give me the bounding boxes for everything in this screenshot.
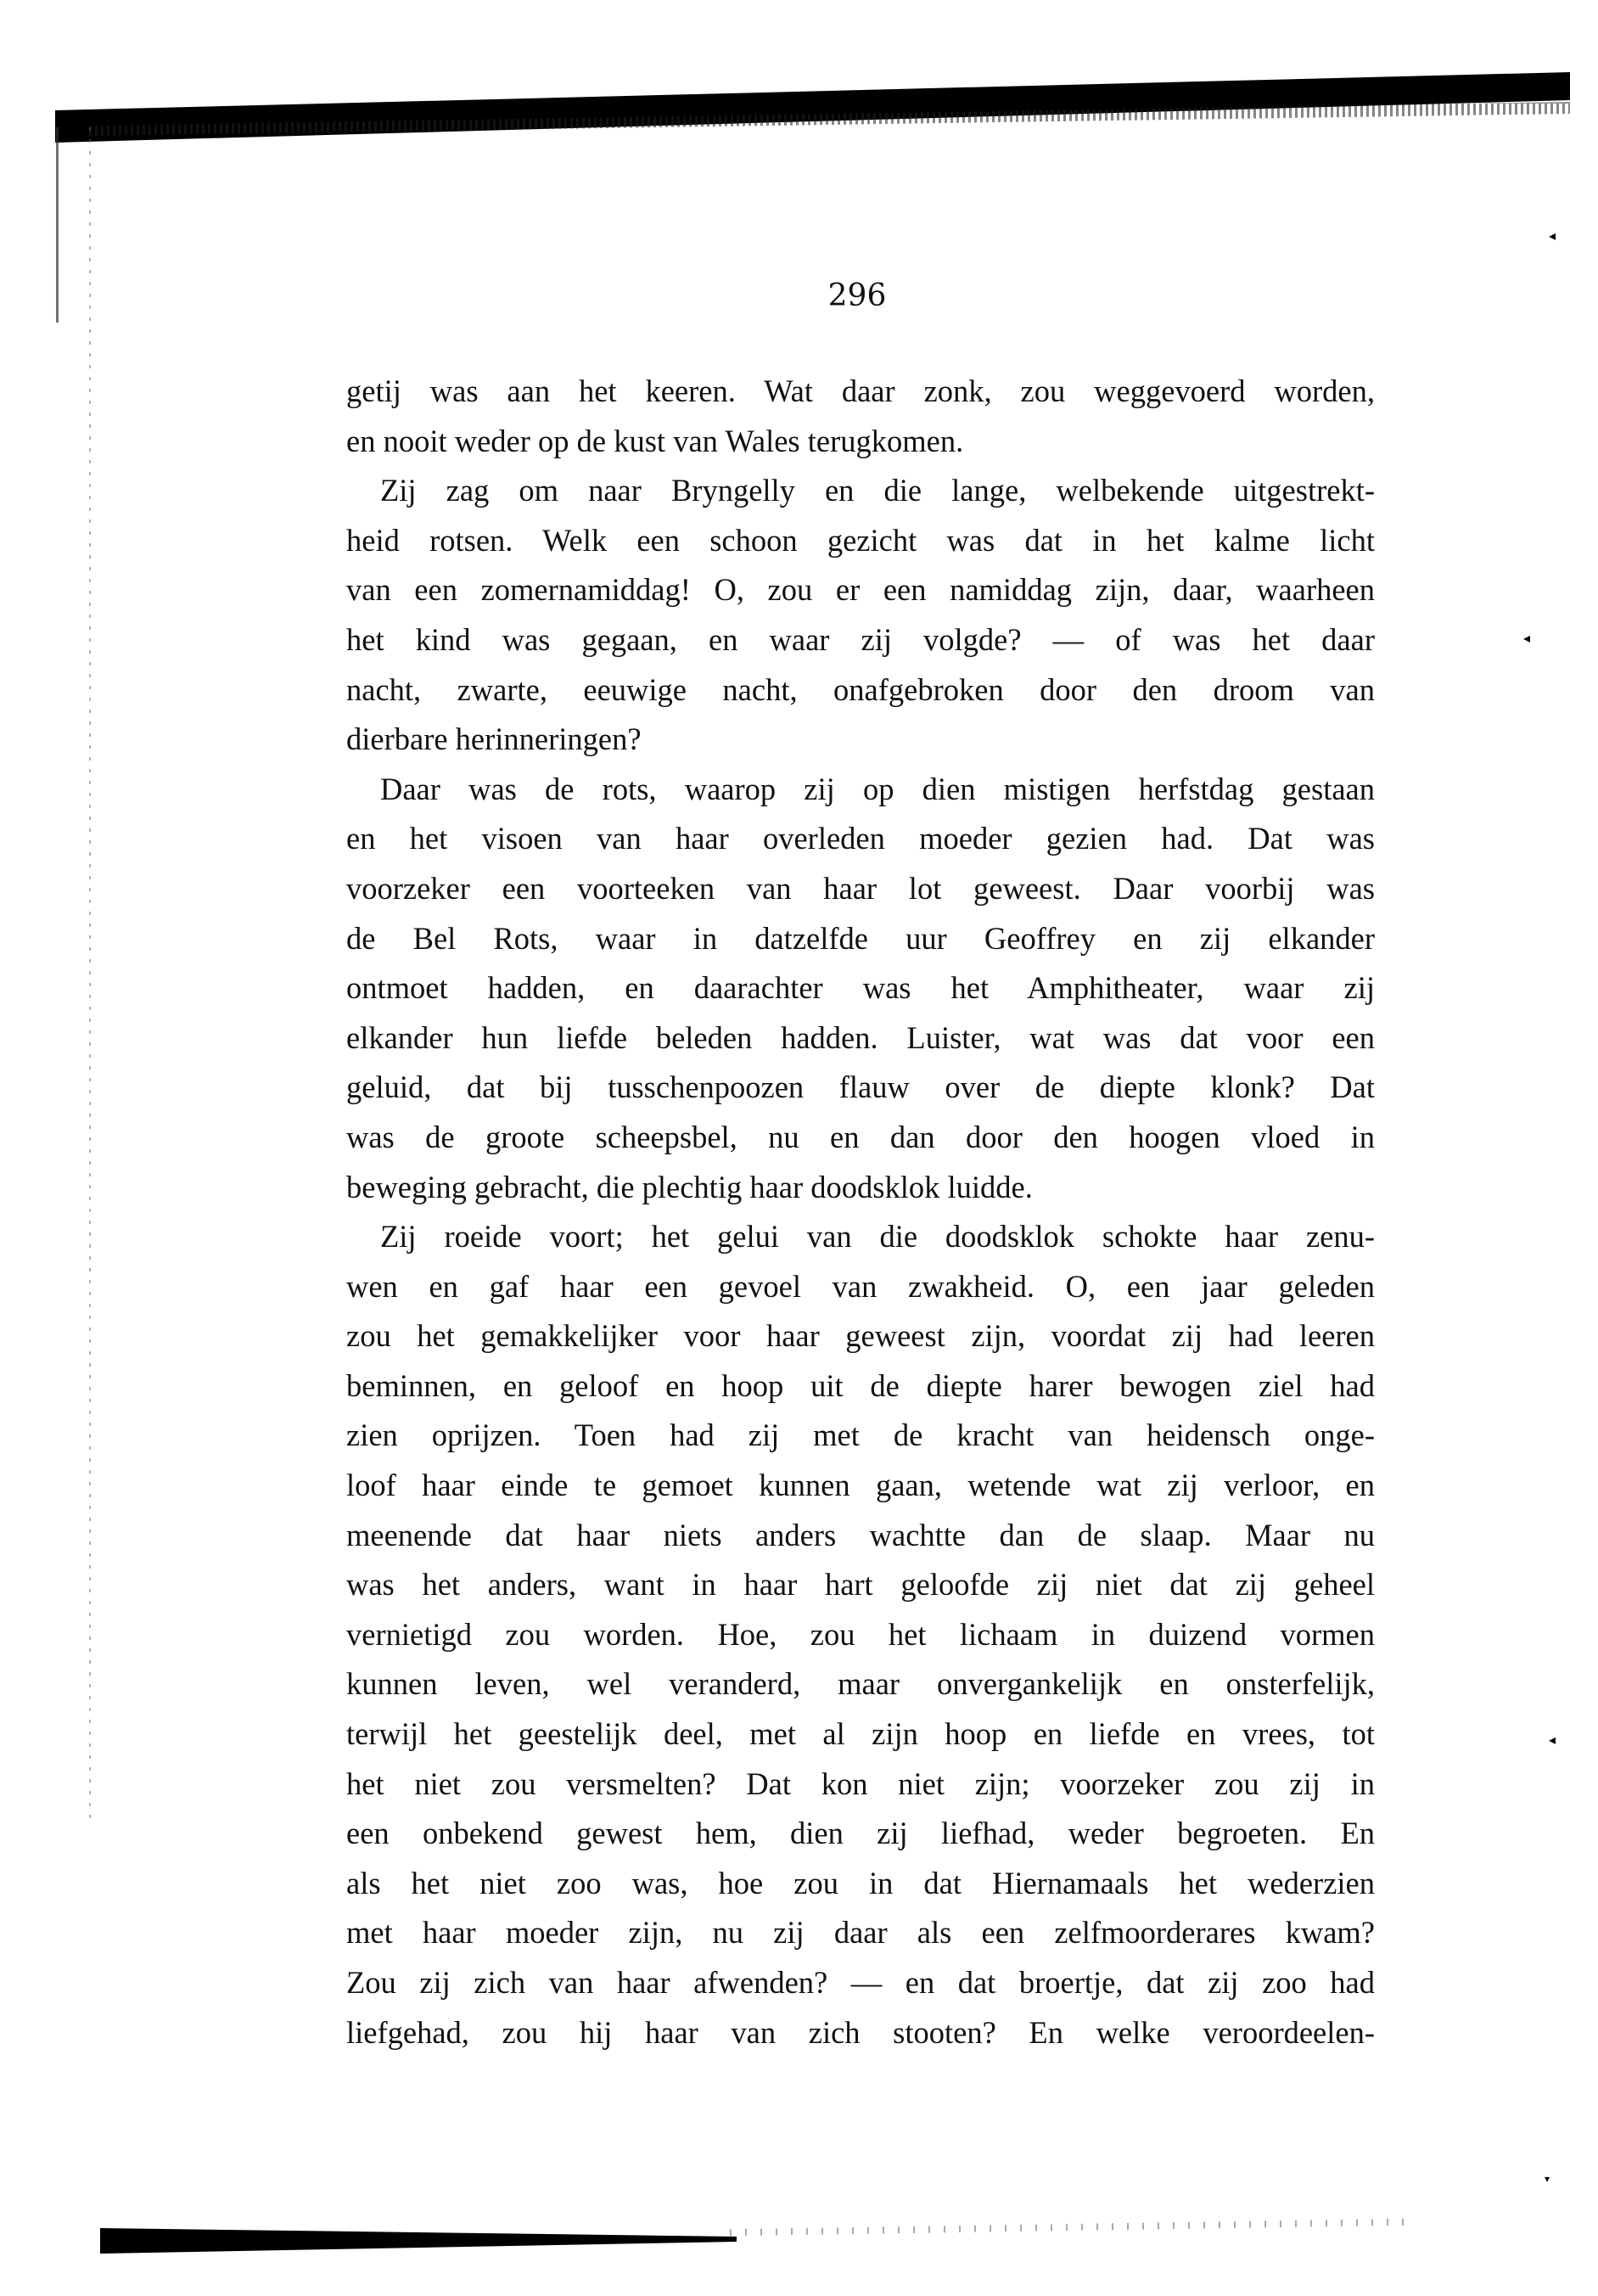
text-line: elkander hun liefde beleden hadden. Luis…	[346, 1013, 1375, 1064]
text-line: getij was aan het keeren. Wat daar zonk,…	[346, 367, 1375, 417]
scan-bottom-border	[100, 2228, 737, 2254]
text-line: was het anders, want in haar hart geloof…	[346, 1560, 1375, 1610]
text-line: en het visoen van haar overleden moeder …	[346, 814, 1375, 864]
text-line: zou het gemakkelijker voor haar geweest …	[346, 1311, 1375, 1361]
margin-mark: ◂	[1549, 1732, 1556, 1748]
text-line: beminnen, en geloof en hoop uit de diept…	[346, 1361, 1375, 1412]
text-line: met haar moeder zijn, nu zij daar als ee…	[346, 1908, 1375, 1958]
text-line: Daar was de rots, waarop zij op dien mis…	[346, 765, 1375, 815]
text-line: zien oprijzen. Toen had zij met de krach…	[346, 1411, 1375, 1461]
text-line: en nooit weder op de kust van Wales teru…	[346, 417, 1375, 467]
text-line: beweging gebracht, die plechtig haar doo…	[346, 1163, 1375, 1213]
scanned-book-page: ◂ ◂ ◂ ▾ 296 getij was aan het keeren. Wa…	[0, 0, 1598, 2296]
scan-bottom-edge	[730, 2219, 1409, 2237]
text-line: liefgehad, zou hij haar van zich stooten…	[346, 2008, 1375, 2058]
text-line: van een zomernamiddag! O, zou er een nam…	[346, 565, 1375, 615]
text-line: het kind was gegaan, en waar zij volgde?…	[346, 615, 1375, 665]
text-line: terwijl het geestelijk deel, met al zijn…	[346, 1709, 1375, 1760]
text-line: als het niet zoo was, hoe zou in dat Hie…	[346, 1859, 1375, 1909]
text-line: Zou zij zich van haar afwenden? — en dat…	[346, 1958, 1375, 2008]
text-line: Zij roeide voort; het gelui van die dood…	[346, 1212, 1375, 1262]
text-line: een onbekend gewest hem, dien zij liefha…	[346, 1809, 1375, 1859]
margin-mark: ◂	[1549, 227, 1556, 244]
text-line: heid rotsen. Welk een schoon gezicht was…	[346, 516, 1375, 566]
margin-mark: ◂	[1523, 630, 1530, 646]
text-line: kunnen leven, wel veranderd, maar onverg…	[346, 1659, 1375, 1709]
text-line: Zij zag om naar Bryngelly en die lange, …	[346, 466, 1375, 516]
text-line: geluid, dat bij tusschenpoozen flauw ove…	[346, 1063, 1375, 1113]
text-line: vernietigd zou worden. Hoe, zou het lich…	[346, 1610, 1375, 1660]
text-line: meenende dat haar niets anders wachtte d…	[346, 1511, 1375, 1561]
page-number: 296	[0, 278, 1598, 313]
text-line: nacht, zwarte, eeuwige nacht, onafgebrok…	[346, 665, 1375, 716]
text-line: het niet zou versmelten? Dat kon niet zi…	[346, 1760, 1375, 1810]
margin-mark: ▾	[1545, 2173, 1550, 2185]
text-line: loof haar einde te gemoet kunnen gaan, w…	[346, 1461, 1375, 1511]
text-line: was de groote scheepsbel, nu en dan door…	[346, 1113, 1375, 1163]
text-line: wen en gaf haar een gevoel van zwakheid.…	[346, 1262, 1375, 1312]
text-line: dierbare herinneringen?	[346, 715, 1375, 765]
text-line: voorzeker een voorteeken van haar lot ge…	[346, 864, 1375, 914]
text-line: ontmoet hadden, en daarachter was het Am…	[346, 963, 1375, 1013]
text-line: de Bel Rots, waar in datzelfde uur Geoff…	[346, 914, 1375, 964]
scan-left-gutter	[89, 127, 91, 1825]
body-text: getij was aan het keeren. Wat daar zonk,…	[346, 367, 1375, 2057]
